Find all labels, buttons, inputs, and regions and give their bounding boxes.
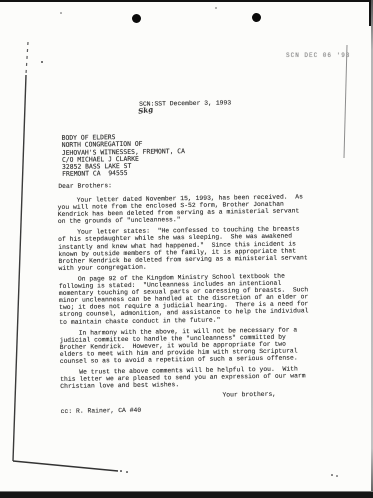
paragraph: Your letter dated November 15, 1993, has…	[57, 193, 319, 225]
handwritten-initials: Skg	[138, 106, 154, 115]
scan-speckle	[215, 7, 217, 9]
recipient-address-block: BODY OF ELDERS NORTH CONGREGATION OF JEH…	[62, 133, 186, 177]
salutation: Dear Brothers:	[58, 182, 112, 190]
closing-line: Your brothers,	[222, 390, 322, 399]
scanned-letter-page: SCN DEC 06 '93 SCN:SST December 3, 1993 …	[0, 0, 373, 498]
paragraph: On page 92 of the Kingdom Ministry Schoo…	[59, 272, 322, 326]
scan-speckle	[41, 61, 43, 63]
letter-body: Your letter dated November 15, 1993, has…	[57, 193, 322, 415]
received-date-stamp: SCN DEC 06 '93	[286, 52, 350, 59]
scan-speckle	[336, 475, 338, 477]
paragraph: We trust the above comments will be help…	[60, 365, 322, 390]
scan-speckle	[126, 471, 128, 473]
paragraph: Your letter states: "He confessed to tou…	[58, 225, 321, 271]
scan-speckle	[331, 474, 333, 476]
scan-speckle	[60, 12, 62, 14]
paragraph: In harmony with the above, it will not b…	[59, 326, 321, 365]
scan-speckle	[120, 470, 122, 472]
